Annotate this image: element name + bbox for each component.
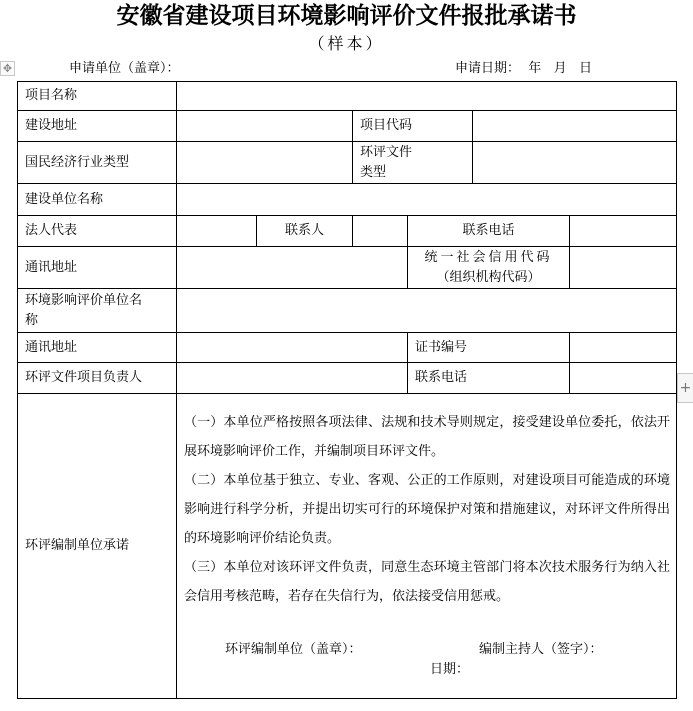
pledge-paragraph-1: （一）本单位严格按照各项法律、法规和技术导则规定，接受建设单位委托，依法开展环境…	[184, 408, 670, 466]
eia-unit-name-label-line2: 称	[25, 311, 38, 331]
eia-unit-name-field[interactable]	[177, 289, 676, 332]
builder-name-label: 建设单位名称	[18, 184, 176, 215]
eia-project-lead-field[interactable]	[177, 363, 407, 393]
sign-unit-label: 环评编制单位（盖章）：	[225, 641, 362, 659]
project-code-label: 项目代码	[353, 111, 472, 141]
legal-rep-label: 法人代表	[18, 216, 176, 246]
eia-unit-name-label: 环境影响评价单位名 称	[18, 289, 176, 332]
credit-code-label: 统一社会信用代码 （组织机构代码）	[408, 247, 569, 288]
sign-host-label: 编制主持人（签字）：	[479, 641, 603, 659]
project-code-field[interactable]	[473, 111, 676, 141]
contact-phone-field[interactable]	[570, 216, 676, 246]
pledge-text: （一）本单位严格按照各项法律、法规和技术导则规定，接受建设单位委托，依法开展环境…	[184, 408, 670, 611]
construction-address-label: 建设地址	[18, 111, 176, 141]
eia-doc-type-label-line2: 类型	[360, 163, 386, 183]
eia-unit-name-label-line1: 环境影响评价单位名	[25, 291, 142, 311]
credit-code-label-line2: （组织机构代码）	[436, 268, 540, 288]
pledge-label: 环评编制单位承诺	[18, 394, 176, 698]
construction-address-field[interactable]	[177, 111, 352, 141]
eia-doc-type-label-line1: 环评文件	[360, 143, 412, 163]
eia-mail-address-label: 通讯地址	[18, 333, 176, 362]
certificate-no-label: 证书编号	[408, 333, 569, 362]
contact-person-label: 联系人	[257, 216, 352, 246]
sign-date-label: 日期：	[430, 661, 469, 679]
eia-project-lead-label: 环评文件项目负责人	[18, 363, 176, 393]
eia-doc-type-label: 环评文件 类型	[353, 142, 472, 183]
project-name-field[interactable]	[177, 82, 676, 110]
builder-mail-address-label: 通讯地址	[18, 247, 176, 288]
contact-phone-label: 联系电话	[408, 216, 569, 246]
credit-code-field[interactable]	[570, 247, 676, 288]
add-row-icon[interactable]: +	[677, 373, 693, 403]
credit-code-label-line1: 统一社会信用代码	[424, 248, 552, 268]
pledge-paragraph-2: （二）本单位基于独立、专业、客观、公正的工作原则，对建设项目可能造成的环境影响进…	[184, 466, 670, 553]
legal-rep-field[interactable]	[177, 216, 256, 246]
eia-doc-type-field[interactable]	[473, 142, 676, 183]
certificate-no-field[interactable]	[570, 333, 676, 362]
pledge-paragraph-3: （三）本单位对该环评文件负责，同意生态环境主管部门将本次技术服务行为纳入社会信用…	[184, 553, 670, 611]
eia-lead-phone-field[interactable]	[570, 363, 676, 393]
builder-name-field[interactable]	[177, 184, 676, 215]
industry-type-field[interactable]	[177, 142, 352, 183]
industry-type-label: 国民经济行业类型	[18, 142, 176, 183]
project-name-label: 项目名称	[18, 82, 176, 110]
contact-person-field[interactable]	[353, 216, 407, 246]
builder-mail-address-field[interactable]	[177, 247, 407, 288]
eia-mail-address-field[interactable]	[177, 333, 407, 362]
eia-lead-phone-label: 联系电话	[408, 363, 569, 393]
table-border-bottom	[17, 698, 677, 699]
